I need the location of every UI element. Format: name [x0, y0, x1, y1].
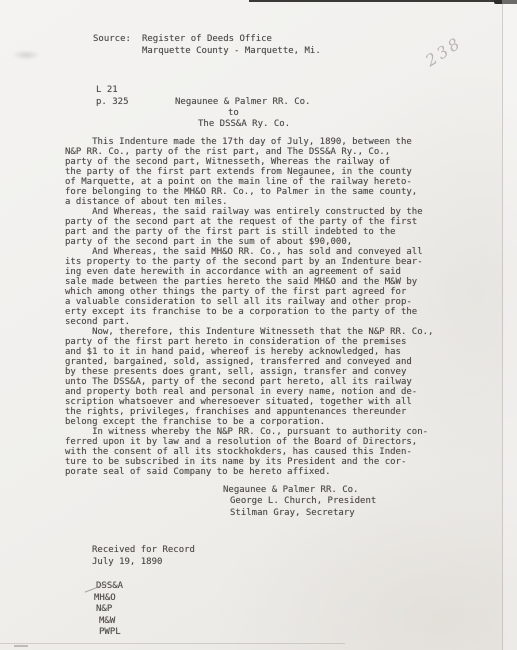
page-ref: p. 325: [96, 97, 129, 109]
received-block: Received for Record July 19, 1890: [92, 544, 195, 569]
received-date: July 19, 1890: [92, 556, 195, 568]
index-item: MH&O: [94, 593, 123, 605]
deed-body: This Indenture made the 17th day of July…: [65, 137, 433, 477]
deed-paragraph-whereas-construction: And Whereas, the said railway was entire…: [65, 207, 433, 247]
source-office: Register of Deeds Office: [142, 33, 321, 45]
signature-president: George L. Church, President: [230, 496, 376, 507]
received-for-record: Received for Record: [92, 544, 195, 556]
paper-fold-line: [502, 0, 503, 650]
record-reference: L 21 p. 325: [96, 85, 129, 108]
deed-paragraph-witness: In witness whereby the N&P RR. Co., purs…: [65, 427, 433, 477]
liber-ref: L 21: [96, 85, 129, 97]
index-item: N&P: [96, 604, 123, 616]
source-block: Source: Register of Deeds Office Marquet…: [93, 33, 321, 57]
source-label: Source:: [93, 33, 131, 57]
scanned-deed-document: Source: Register of Deeds Office Marquet…: [0, 0, 517, 650]
index-item: PWPL: [99, 627, 123, 639]
deed-title-connector: to: [228, 108, 239, 119]
deed-title-grantor: Negaunee & Palmer RR. Co.: [175, 97, 310, 108]
deed-paragraph-whereas-sale: And Whereas, the said MH&O RR. Co., has …: [65, 247, 433, 327]
index-item: M&W: [99, 616, 123, 628]
deed-paragraph-conveyance: Now, therefore, this Indenture Witnesset…: [65, 327, 433, 427]
scan-edge-artifact-bottom: [0, 643, 345, 644]
source-county: Marquette County - Marquette, Mi.: [142, 45, 321, 57]
scan-corner-tick: [14, 645, 28, 647]
signature-company: Negaunee & Palmer RR. Co.: [223, 485, 376, 496]
deed-paragraph-indenture: This Indenture made the 17th day of July…: [65, 137, 433, 207]
signature-secretary: Stilman Gray, Secretary: [230, 508, 376, 519]
handwritten-page-number: 238: [422, 33, 466, 70]
scan-edge-artifact-top: [249, 0, 517, 2]
deed-title-grantee: The DSS&A Ry. Co.: [198, 119, 290, 130]
paper-smudge: [12, 50, 40, 60]
signature-block: Negaunee & Palmer RR. Co. George L. Chur…: [223, 485, 376, 519]
railroad-index-list: DSS&A MH&O N&P M&W PWPL: [96, 581, 123, 639]
scan-right-strip: [503, 0, 517, 650]
